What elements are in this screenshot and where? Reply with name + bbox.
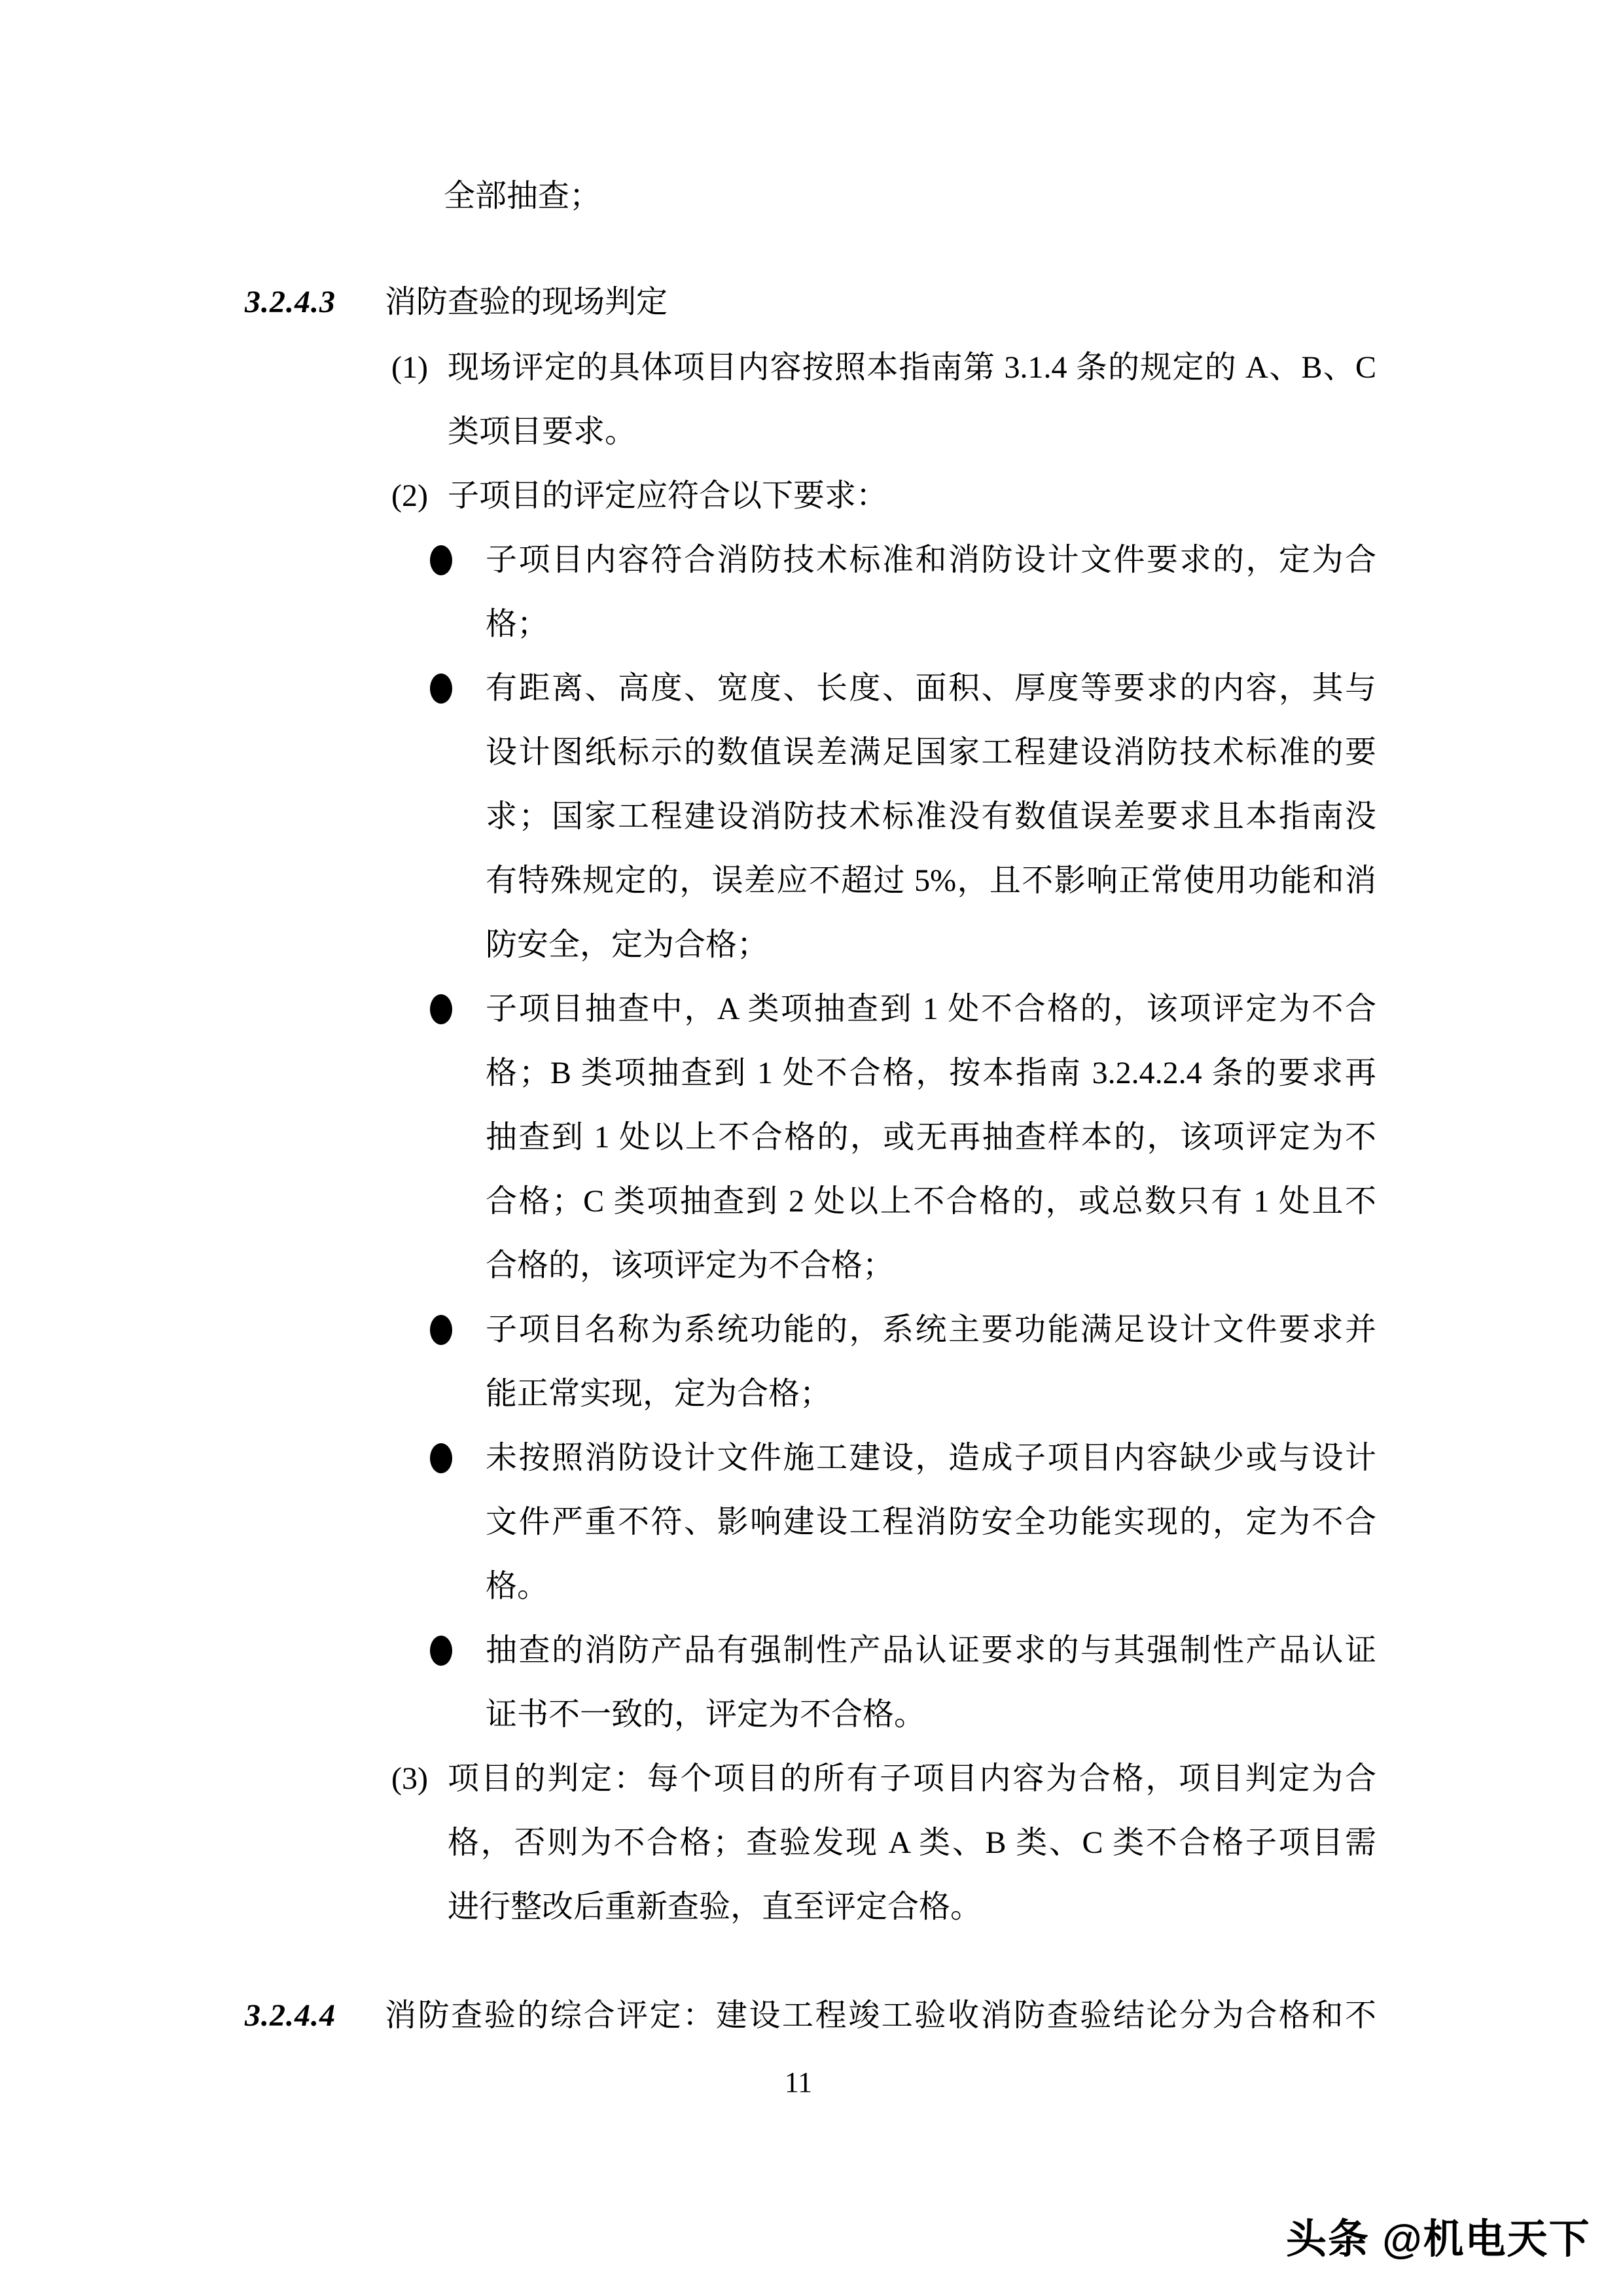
bullet-line: 有距离、高度、宽度、长度、面积、厚度等要求的内容，其与 [486, 656, 1376, 721]
section-number: 3.2.4.3 [245, 270, 336, 334]
section-title-line: 消防查验的综合评定：建设工程竣工验收消防查验结论分为合格和不 [385, 1984, 1376, 2048]
section-title: 消防查验的现场判定 [385, 270, 668, 334]
bullet-icon [430, 545, 452, 575]
body-line: 格，否则为不合格；查验发现 A 类、B 类、C 类不合格子项目需 [448, 1811, 1376, 1875]
page-number: 11 [720, 2051, 877, 2115]
bullet-line: 子项目抽查中，A 类项抽查到 1 处不合格的，该项评定为不合 [486, 977, 1376, 1041]
bullet-icon [430, 673, 452, 704]
bullet-line: 有特殊规定的，误差应不超过 5%，且不影响正常使用功能和消 [486, 849, 1376, 913]
bullet-line: 格； [486, 592, 548, 656]
bullet-line: 能正常实现，定为合格； [486, 1362, 831, 1426]
bullet-line: 格。 [486, 1554, 548, 1619]
body-line: 现场评定的具体项目内容按照本指南第 3.1.4 条的规定的 A、B、C [448, 336, 1376, 400]
bullet-icon [430, 994, 452, 1024]
bullet-line: 合格；C 类项抽查到 2 处以上不合格的，或总数只有 1 处且不 [486, 1170, 1376, 1234]
section-number: 3.2.4.4 [245, 1984, 336, 2048]
bullet-line: 求；国家工程建设消防技术标准没有数值误差要求且本指南没 [486, 785, 1376, 849]
body-line: 全部抽查； [444, 164, 601, 228]
bullet-icon [430, 1443, 452, 1473]
bullet-icon [430, 1636, 452, 1666]
bullet-line: 抽查的消防产品有强制性产品认证要求的与其强制性产品认证 [486, 1619, 1376, 1683]
body-line: 项目的判定：每个项目的所有子项目内容为合格，项目判定为合 [448, 1747, 1376, 1811]
list-label: (2) [391, 464, 428, 528]
bullet-icon [430, 1315, 452, 1345]
bullet-line: 证书不一致的，评定为不合格。 [486, 1683, 925, 1747]
list-label: (3) [391, 1747, 428, 1811]
body-line: 进行整改后重新查验，直至评定合格。 [448, 1875, 982, 1939]
body-line: 子项目的评定应符合以下要求： [448, 464, 887, 528]
bullet-line: 子项目内容符合消防技术标准和消防设计文件要求的，定为合 [486, 528, 1376, 592]
bullet-line: 设计图纸标示的数值误差满足国家工程建设消防技术标准的要 [486, 721, 1376, 785]
bullet-line: 防安全，定为合格； [486, 913, 768, 977]
bullet-line: 文件严重不符、影响建设工程消防安全功能实现的，定为不合 [486, 1490, 1376, 1554]
bullet-line: 抽查到 1 处以上不合格的，或无再抽查样本的，该项评定为不 [486, 1105, 1376, 1170]
bullet-line: 未按照消防设计文件施工建设，造成子项目内容缺少或与设计 [486, 1426, 1376, 1490]
watermark: 头条 @机电天下 [1286, 2214, 1591, 2266]
bullet-line: 子项目名称为系统功能的，系统主要功能满足设计文件要求并 [486, 1298, 1376, 1362]
body-line: 类项目要求。 [448, 400, 636, 464]
list-label: (1) [391, 336, 428, 400]
bullet-line: 合格的，该项评定为不合格； [486, 1234, 894, 1298]
document-page: 全部抽查； 3.2.4.3 消防查验的现场判定 (1) 现场评定的具体项目内容按… [0, 0, 1623, 2296]
bullet-line: 格；B 类项抽查到 1 处不合格，按本指南 3.2.4.2.4 条的要求再 [486, 1041, 1376, 1105]
